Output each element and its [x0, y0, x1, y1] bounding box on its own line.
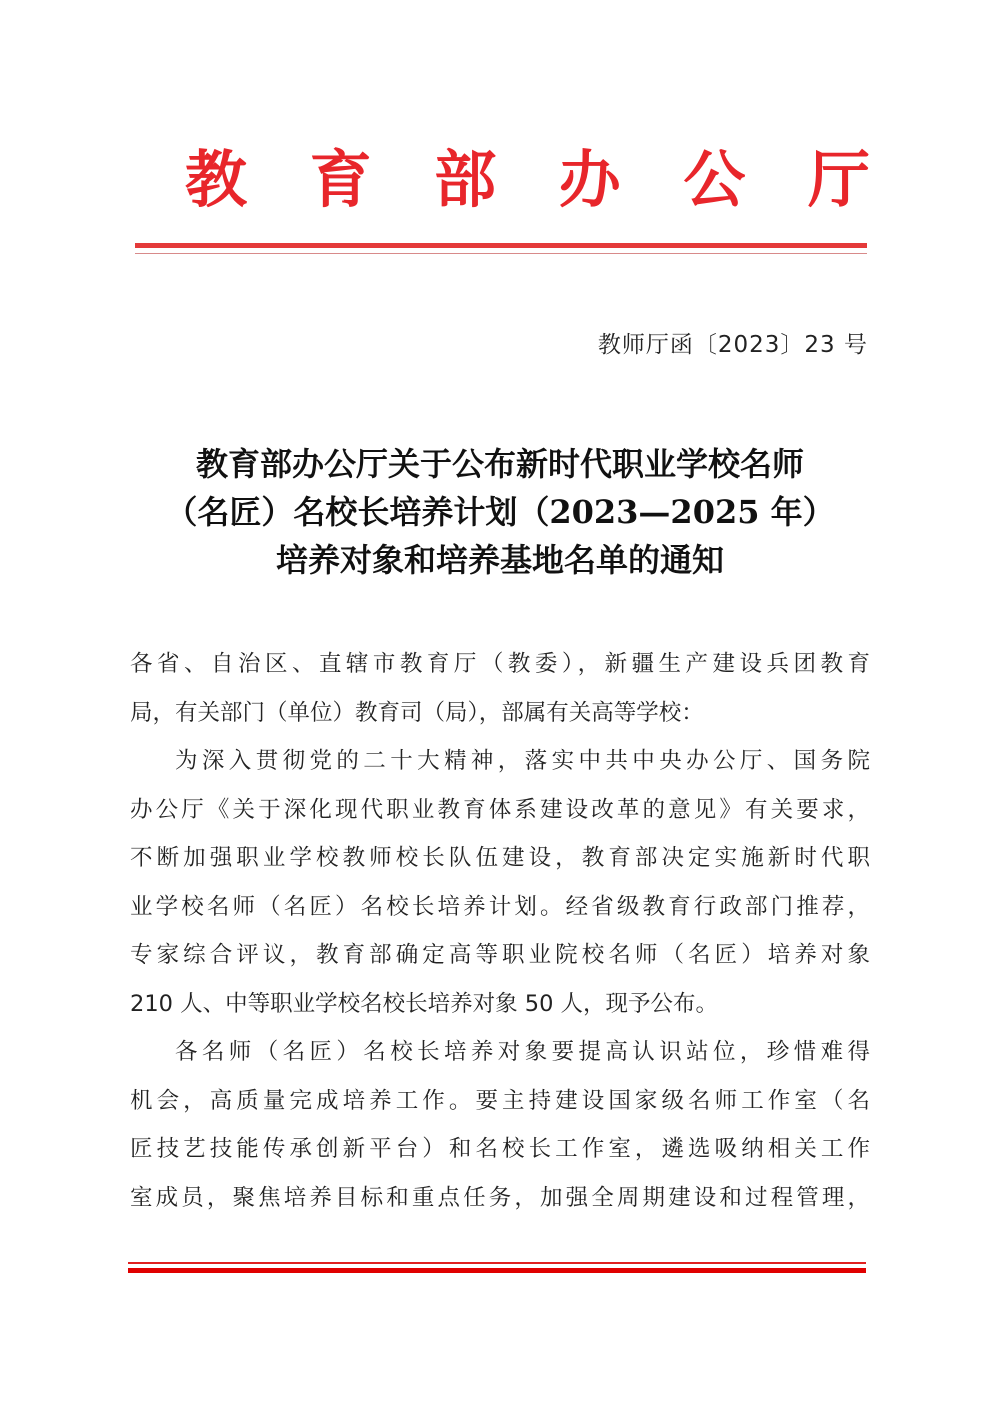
body-line: 各省、自治区、直辖市教育厅（教委），新疆生产建设兵团教育: [130, 640, 870, 689]
masthead-char: 公: [633, 149, 745, 211]
salutation: 各省、自治区、直辖市教育厅（教委），新疆生产建设兵团教育 局，有关部门（单位）教…: [130, 640, 870, 737]
header-red-rule-thin: [135, 253, 867, 254]
header-red-rule-thick: [135, 243, 867, 248]
body-line: 机会，高质量完成培养工作。要主持建设国家级名师工作室（名: [130, 1077, 870, 1126]
masthead-char: 育: [260, 149, 372, 211]
document-number: 教师厅函〔2023〕23 号: [598, 326, 868, 359]
masthead-char: 厅: [758, 149, 870, 211]
body-line: 为深入贯彻党的二十大精神，落实中共中央办公厅、国务院: [130, 737, 870, 786]
footer-red-rule-thin: [128, 1262, 866, 1264]
body-line: 办公厅《关于深化现代职业教育体系建设改革的意见》有关要求，: [130, 786, 870, 835]
document-title: 教育部办公厅关于公布新时代职业学校名师 （名匠）名校长培养计划（2023—202…: [130, 440, 870, 584]
title-line: （名匠）名校长培养计划（2023—2025 年）: [130, 488, 870, 536]
body-line: 局，有关部门（单位）教育司（局），部属有关高等学校：: [130, 689, 870, 738]
body-line: 专家综合评议，教育部确定高等职业院校名师（名匠）培养对象: [130, 931, 870, 980]
body-line: 各名师（名匠）名校长培养对象要提高认识站位，珍惜难得: [130, 1028, 870, 1077]
document-body: 各省、自治区、直辖市教育厅（教委），新疆生产建设兵团教育 局，有关部门（单位）教…: [130, 640, 870, 1222]
paragraph-1: 为深入贯彻党的二十大精神，落实中共中央办公厅、国务院 办公厅《关于深化现代职业教…: [130, 737, 870, 1028]
body-line: 不断加强职业学校教师校长队伍建设，教育部决定实施新时代职: [130, 834, 870, 883]
masthead-issuer: 教 育 部 办 公 厅: [130, 140, 870, 220]
paragraph-2: 各名师（名匠）名校长培养对象要提高认识站位，珍惜难得 机会，高质量完成培养工作。…: [130, 1028, 870, 1222]
title-line: 培养对象和培养基地名单的通知: [130, 536, 870, 584]
masthead-char: 教: [130, 149, 247, 211]
body-line: 业学校名师（名匠）名校长培养计划。经省级教育行政部门推荐，: [130, 883, 870, 932]
masthead-char: 办: [509, 149, 621, 211]
body-line: 匠技艺技能传承创新平台）和名校长工作室，遴选吸纳相关工作: [130, 1125, 870, 1174]
body-line: 210 人、中等职业学校名校长培养对象 50 人，现予公布。: [130, 980, 870, 1029]
title-line: 教育部办公厅关于公布新时代职业学校名师: [130, 440, 870, 488]
body-line: 室成员，聚焦培养目标和重点任务，加强全周期建设和过程管理，: [130, 1174, 870, 1223]
footer-red-rule-thick: [128, 1268, 866, 1273]
masthead-char: 部: [384, 149, 496, 211]
